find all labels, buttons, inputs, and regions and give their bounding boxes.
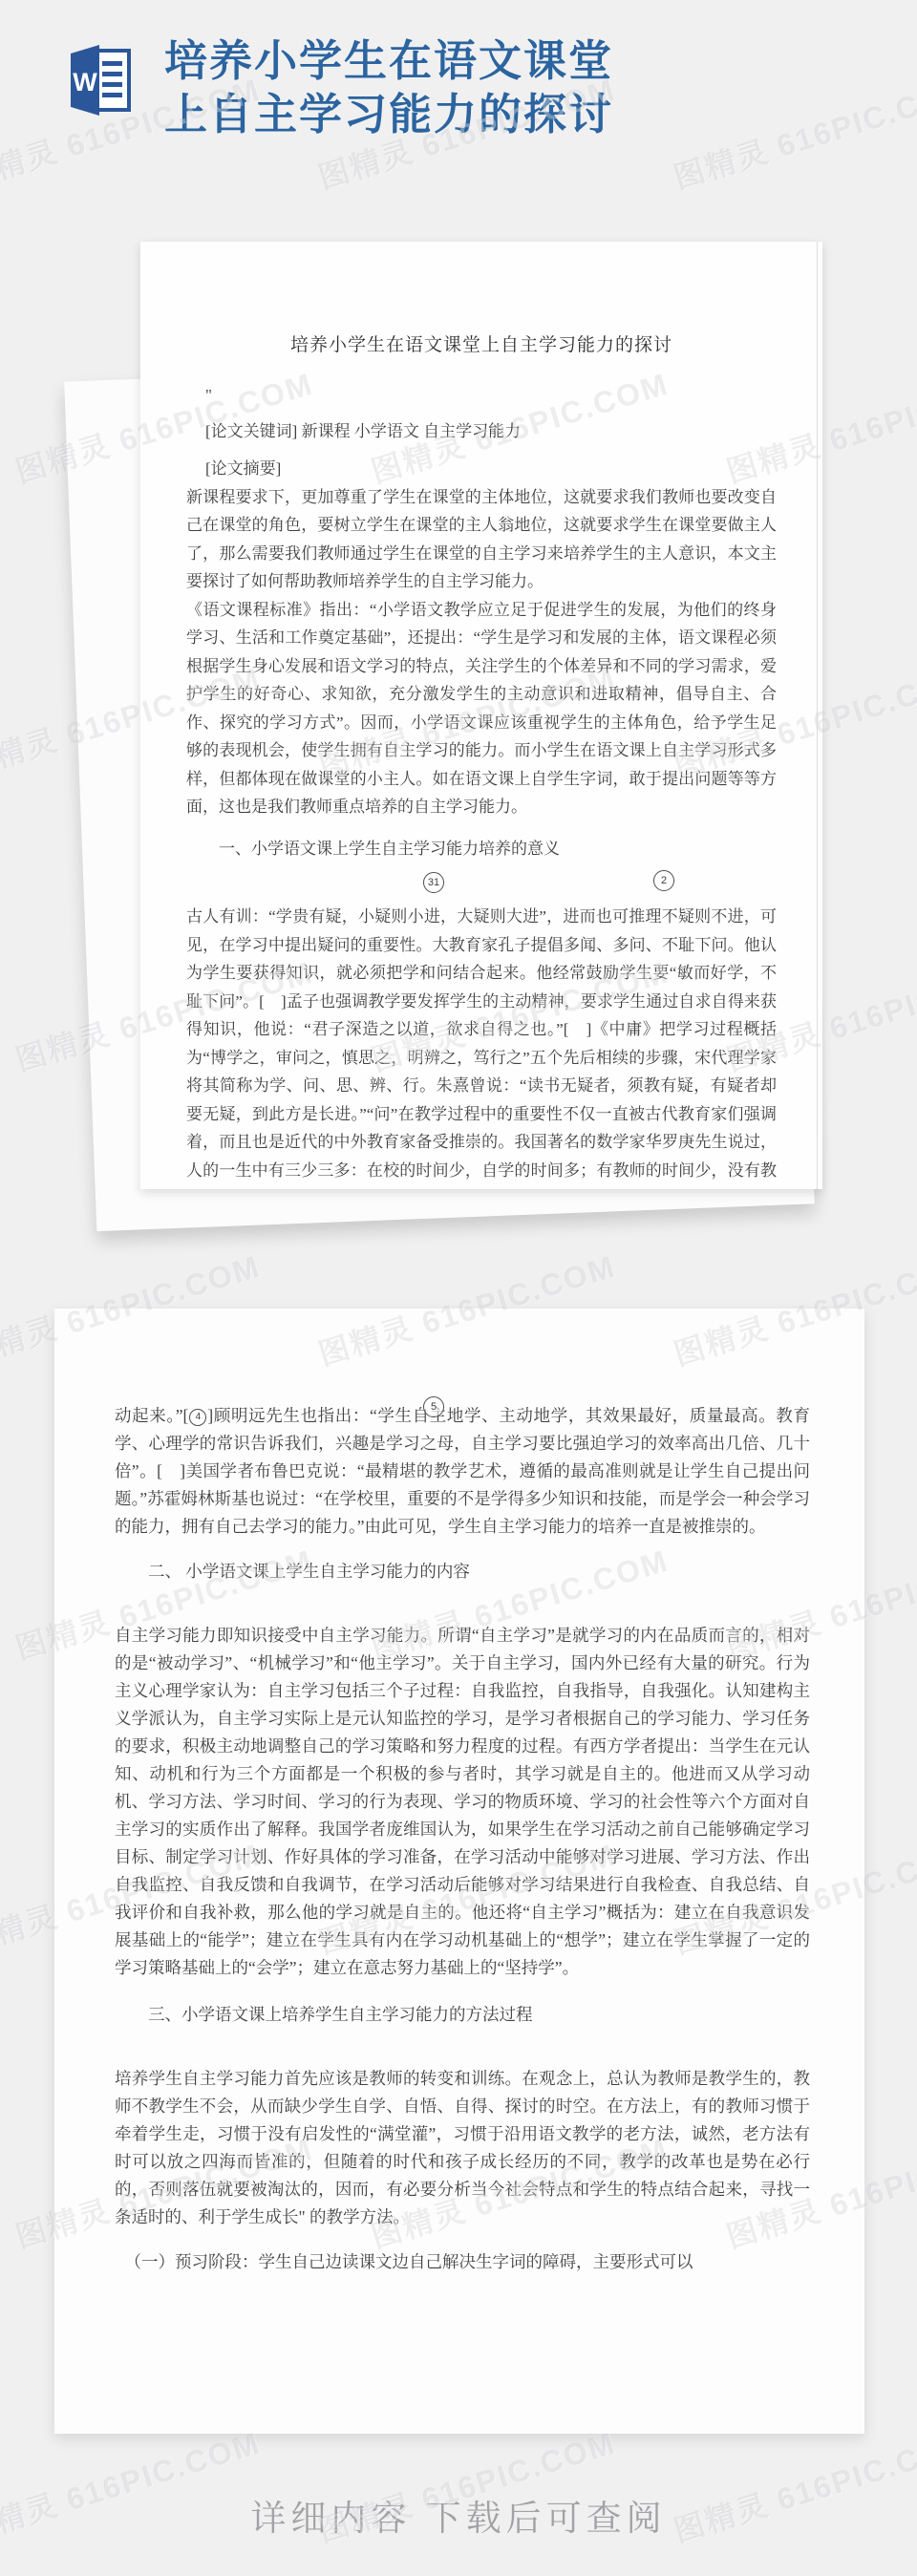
annotation-circle-5: 5 xyxy=(423,1396,444,1417)
annotation-ref-4: 4 xyxy=(189,1409,206,1426)
download-hint: 详细内容 下载后可查阅 xyxy=(0,2489,917,2541)
doc-title: 培养小学生在语文课堂上自主学习能力的探讨 xyxy=(186,330,777,356)
page-title: 培养小学生在语文课堂 上自主学习能力的探讨 xyxy=(164,34,613,141)
quote-mark: " xyxy=(205,381,777,410)
word-icon: W xyxy=(71,42,132,118)
paper-page-2: 5 动起来。”[4]顾明远先生也指出：“学生自主地学、主动地学，其效果最好，质量… xyxy=(54,1309,864,2434)
annotation-circle-31: 31 xyxy=(423,872,444,893)
para-continued-rest: ]顾明远先生也指出：“学生自主地学、主动地学，其效果最好，质量最高。教育学、心理… xyxy=(115,1406,810,1536)
annotation-row: 31 2 xyxy=(186,870,777,899)
para-method: 培养学生自主学习能力首先应该是教师的转变和训练。在观念上，总认为教师是教学生的，… xyxy=(115,2065,810,2231)
watermark-text: 图精灵 616PIC.COM xyxy=(668,66,917,198)
para-continued-start: 动起来。”[ xyxy=(115,1406,188,1425)
para-ancients: 古人有训：“学贵有疑，小疑则小进，大疑则大进”，进而也可推理不疑则不进，可见，在… xyxy=(186,903,777,1189)
annotation-circle-2: 2 xyxy=(653,870,674,891)
para-preview-stage: （一）预习阶段：学生自己边读课文边自己解决生字词的障碍，主要形式可以 xyxy=(115,2248,810,2276)
abstract-label: [论文摘要] xyxy=(205,455,777,483)
page: W 培养小学生在语文课堂 上自主学习能力的探讨 培养小学生在语文课堂上自主学习能… xyxy=(0,0,917,2576)
heading-section-1: 一、小学语文课上学生自主学习能力培养的意义 xyxy=(186,835,777,863)
abstract-text: 新课程要求下，更加尊重了学生在课堂的主体地位，这就要求我们教师也要改变自己在课堂… xyxy=(186,483,777,596)
heading-section-2: 二、 小学语文课上学生自主学习能力的内容 xyxy=(115,1558,810,1586)
para-continued: 动起来。”[4]顾明远先生也指出：“学生自主地学、主动地学，其效果最好，质量最高… xyxy=(115,1402,810,1541)
page-title-line1: 培养小学生在语文课堂 xyxy=(164,34,613,88)
para-standard: 《语文课程标准》指出：“小学语文教学应立足于促进学生的发展，为他们的终身学习、生… xyxy=(186,596,777,821)
heading-section-3: 三、小学语文课上培养学生自主学习能力的方法过程 xyxy=(115,2001,810,2029)
page-title-line2: 上自主学习能力的探讨 xyxy=(164,88,613,141)
keywords-line: [论文关键词] 新课程 小学语文 自主学习能力 xyxy=(205,417,777,446)
document-header: W 培养小学生在语文课堂 上自主学习能力的探讨 xyxy=(71,34,613,141)
para-content-definition: 自主学习能力即知识接受中自主学习能力。所谓“自主学习”是就学习的内在品质而言的，… xyxy=(115,1622,810,1982)
paper-page-1: 培养小学生在语文课堂上自主学习能力的探讨 " [论文关键词] 新课程 小学语文 … xyxy=(140,242,822,1189)
svg-text:W: W xyxy=(73,68,97,96)
